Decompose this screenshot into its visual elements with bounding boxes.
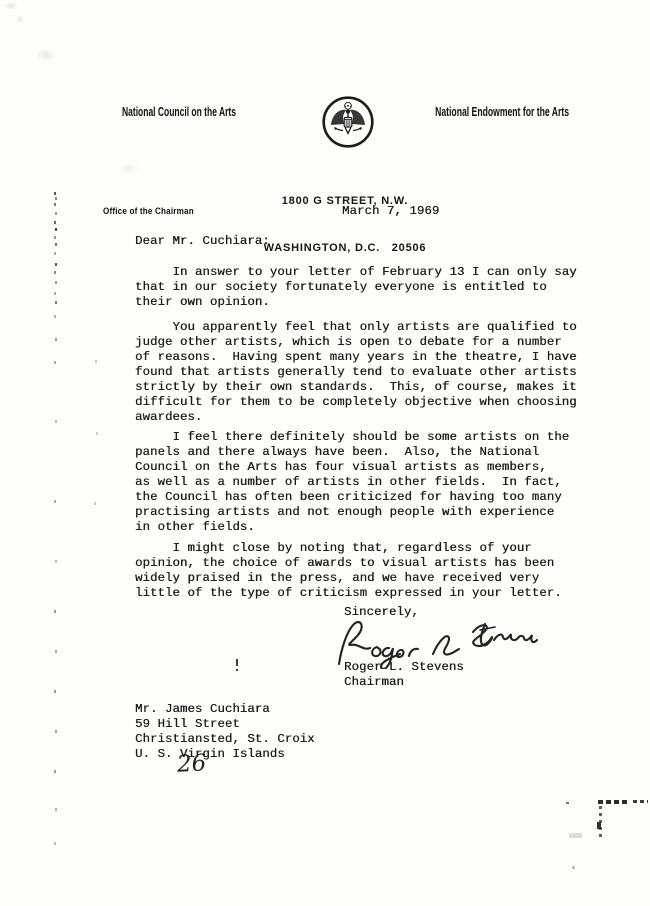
scan-smudge xyxy=(15,15,25,24)
scan-noise-specks xyxy=(0,0,2,3)
scan-crop-mark xyxy=(597,822,601,829)
stray-ink-mark xyxy=(236,669,238,671)
paragraph-1: In answer to your letter of February 13 … xyxy=(135,265,577,310)
typed-signature-name: Roger L. Stevens xyxy=(344,660,464,675)
great-seal-icon xyxy=(320,94,376,150)
letterhead-right-org: National Endowment for the Arts xyxy=(435,105,569,119)
scanned-letter-page: National Council on the Arts National En… xyxy=(0,0,650,906)
letter-date: March 7, 1969 xyxy=(342,204,439,219)
salutation: Dear Mr. Cuchiara: xyxy=(135,234,270,249)
scan-speck xyxy=(566,802,569,804)
office-of-chairman-label: Office of the Chairman xyxy=(103,206,194,216)
paragraph-3: I feel there definitely should be some a… xyxy=(135,430,569,535)
letterhead-left-org: National Council on the Arts xyxy=(122,105,236,119)
paragraph-2: You apparently feel that only artists ar… xyxy=(135,320,577,425)
paragraph-4: I might close by noting that, regardless… xyxy=(135,541,562,601)
scan-crop-mark xyxy=(633,800,648,803)
scan-smudge xyxy=(118,163,140,174)
handwritten-page-number: 26 xyxy=(176,750,207,777)
scan-smudge xyxy=(4,2,18,10)
recipient-address: Mr. James Cuchiara 59 Hill Street Christ… xyxy=(135,702,315,762)
scan-speck xyxy=(572,866,575,869)
scan-speck xyxy=(569,833,582,838)
typed-signature-title: Chairman xyxy=(344,675,404,690)
scan-smudge xyxy=(36,48,56,62)
closing: Sincerely, xyxy=(344,605,419,620)
scan-crop-mark xyxy=(598,800,628,804)
stray-ink-mark xyxy=(236,659,238,666)
